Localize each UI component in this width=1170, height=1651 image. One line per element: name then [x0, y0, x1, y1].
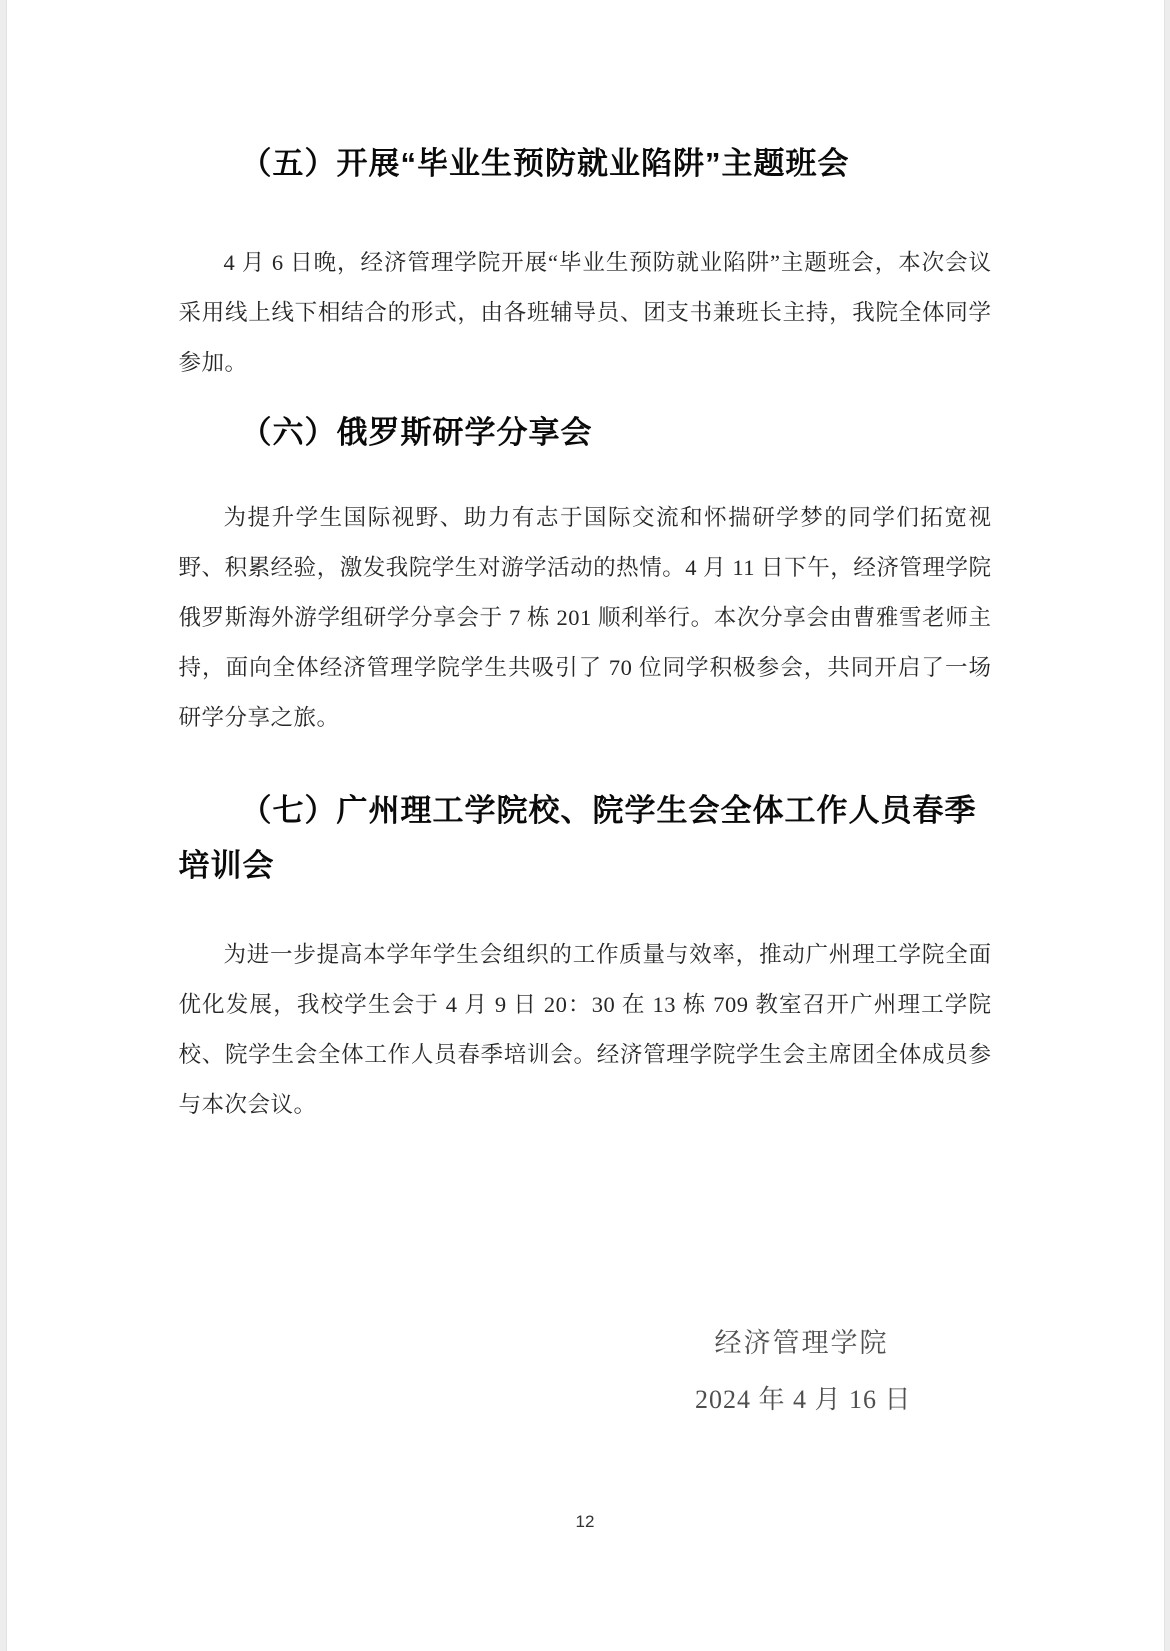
document-page: （五）开展“毕业生预防就业陷阱”主题班会 4 月 6 日晚，经济管理学院开展“毕… [6, 0, 1165, 1651]
signature-org: 经济管理学院 [715, 1328, 889, 1358]
page-footer: 12 [179, 1512, 992, 1532]
signature-block: 经济管理学院 [179, 1328, 992, 1358]
section-paragraph-7: 为进一步提高本学年学生会组织的工作质量与效率，推动广州理工学院全面优化发展，我校… [179, 930, 992, 1130]
page-number: 12 [576, 1512, 595, 1531]
section-heading-5: （五）开展“毕业生预防就业陷阱”主题班会 [179, 140, 992, 188]
section-heading-7: （七）广州理工学院校、院学生会全体工作人员春季培训会 [179, 783, 992, 893]
section-paragraph-5: 4 月 6 日晚，经济管理学院开展“毕业生预防就业陷阱”主题班会，本次会议采用线… [179, 238, 992, 388]
signature-date-block: 2024 年 4 月 16 日 [179, 1385, 992, 1415]
section-heading-6: （六）俄罗斯研学分享会 [179, 409, 992, 457]
document-viewport: （五）开展“毕业生预防就业陷阱”主题班会 4 月 6 日晚，经济管理学院开展“毕… [0, 0, 1170, 1651]
signature-date: 2024 年 4 月 16 日 [695, 1385, 912, 1414]
section-paragraph-6: 为提升学生国际视野、助力有志于国际交流和怀揣研学梦的同学们拓宽视野、积累经验，激… [179, 493, 992, 743]
